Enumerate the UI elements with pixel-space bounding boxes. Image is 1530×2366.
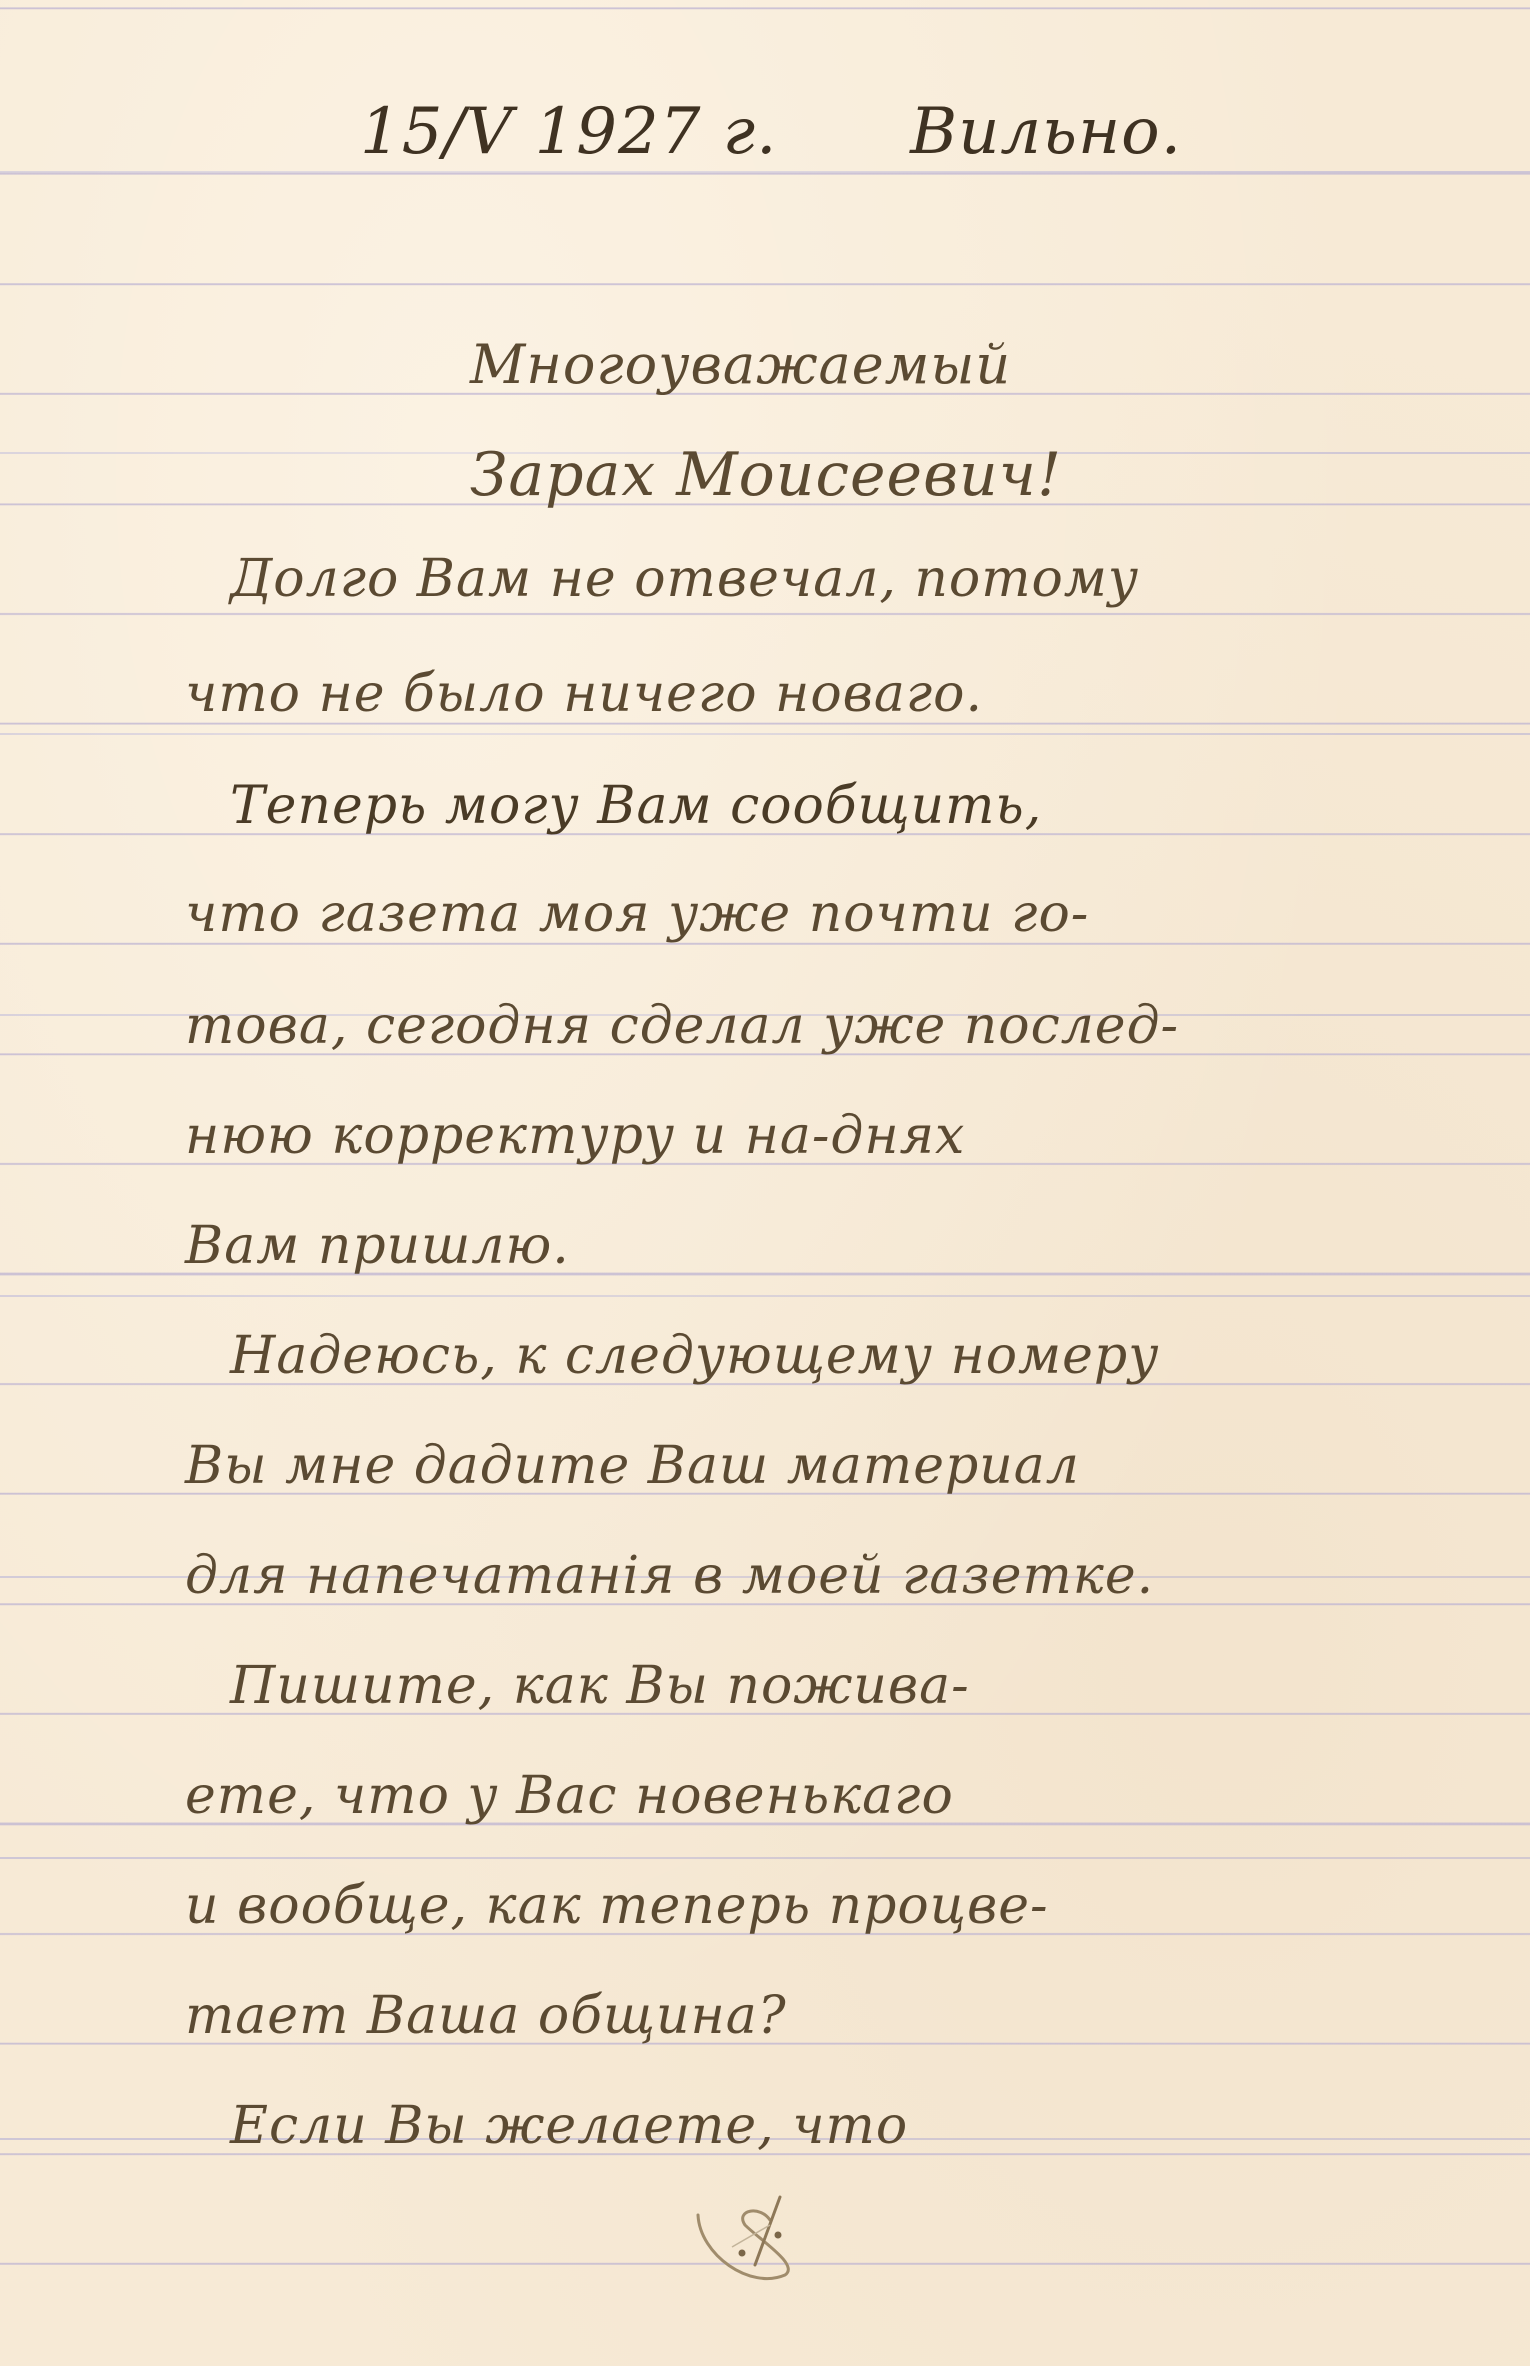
- letter-date-line: 15/V 1927 г. Вильно.: [360, 100, 1530, 164]
- salutation-line-2: Зарах Моисеевич!: [470, 445, 1530, 505]
- body-line: тает Ваша община?: [185, 1990, 1530, 2042]
- body-line: что не было ничего новаго.: [185, 668, 1530, 720]
- body-line: Вам пришлю.: [185, 1220, 1530, 1272]
- body-line: что газета моя уже почти го-: [185, 888, 1530, 940]
- body-line: Долго Вам не отвечал, потому: [230, 553, 1530, 605]
- body-line: и вообще, как теперь процве-: [185, 1880, 1530, 1932]
- body-line: Вы мне дадите Ваш материал: [185, 1440, 1530, 1492]
- letter-page: 15/V 1927 г. Вильно. Многоуважаемый Зара…: [0, 0, 1530, 2366]
- body-line: нюю корректуру и на-днях: [185, 1110, 1530, 1162]
- salutation-line-1: Многоуважаемый: [470, 338, 1530, 392]
- body-line: Теперь могу Вам сообщить,: [230, 780, 1530, 832]
- body-line: Если Вы желаете, что: [230, 2100, 1530, 2152]
- body-line: това, сегодня сделал уже послед-: [185, 1000, 1530, 1052]
- monogram-signature-icon: [690, 2195, 810, 2305]
- letter-date: 15/V 1927 г.: [360, 95, 777, 169]
- body-line: для напечатанія в моей газетке.: [185, 1550, 1530, 1602]
- letter-place: Вильно.: [910, 95, 1182, 169]
- body-line: ете, что у Вас новенькаго: [185, 1770, 1530, 1822]
- body-line: Надеюсь, к следующему номеру: [230, 1330, 1530, 1382]
- body-line: Пишите, как Вы пожива-: [230, 1660, 1530, 1712]
